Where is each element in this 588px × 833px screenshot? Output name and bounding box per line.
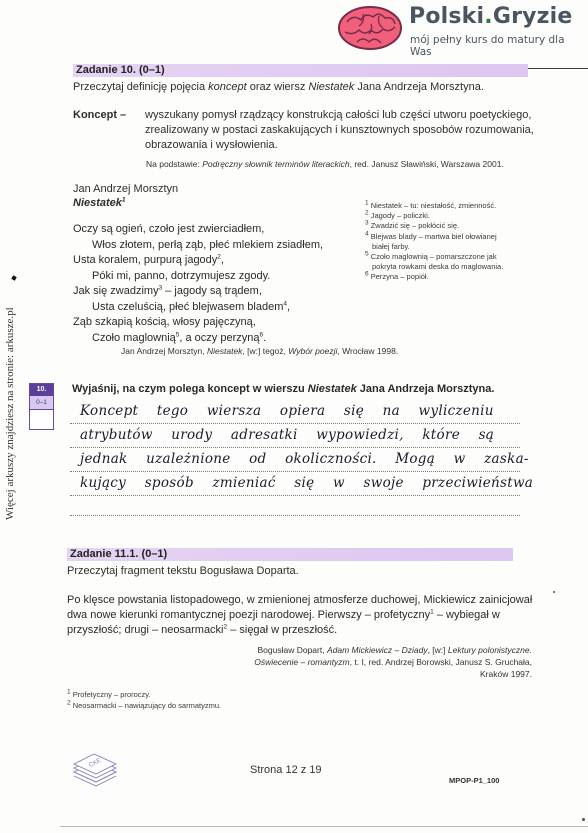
footnote: 3 Zwadzić się – pokłócić się. [365, 221, 505, 231]
answer-line: kujący sposób zmieniać się w swoje przec… [70, 472, 520, 496]
footnote: 1 Profetyczny – proroczy. [67, 689, 221, 700]
poem-line: Oczy są ogień, czoło jest zwierciadłem, [73, 222, 323, 238]
task-11-1-instruction: Przeczytaj fragment tekstu Bogusława Dop… [67, 564, 299, 578]
logo-title: Polski.Gryzie [409, 4, 573, 29]
page-edge [60, 826, 588, 827]
scan-speck [582, 818, 585, 821]
poem-footnotes: 1 Niestatek – tu: niestałość, zmienność.… [365, 201, 505, 283]
answer-line [70, 496, 520, 516]
score-range: 0–1 [30, 396, 53, 410]
task-11-1-header: Zadanie 11.1. (0–1) [67, 548, 513, 561]
definition-text: wyszukany pomysł rządzący konstrukcją ca… [145, 108, 543, 153]
brain-icon [335, 2, 405, 52]
poem-line: Ząb szkapią kością, włosy pajęczyną, [73, 315, 323, 331]
definition-source: Na podstawie: Podręczny słownik terminów… [146, 159, 504, 169]
page-number: Strona 12 z 19 [250, 764, 322, 776]
scan-speck [553, 591, 555, 593]
dopart-passage: Po klęsce powstania listopadowego, w zmi… [67, 593, 537, 638]
poem-line: Usta czeluścią, płeć blejwasem bladem4, [73, 300, 323, 316]
poem-author: Jan Andrzej Morsztyn [73, 182, 178, 196]
poem-line: Włos złotem, perłą ząb, płeć mlekiem zsi… [73, 238, 323, 254]
footnote: 4 Blejwas blady – martwa biel ołowianej … [365, 232, 505, 252]
poem-line: Jak się zwadzimy3 – jagody są trądem, [73, 284, 323, 300]
poem-title: Niestatek1 [73, 196, 126, 210]
footnote: 2 Jagody – policzki. [365, 211, 505, 221]
passage-footnotes: 1 Profetyczny – proroczy.2 Neosarmacki –… [67, 689, 221, 711]
task-10-instruction: Przeczytaj definicję pojęcia koncept ora… [73, 80, 484, 94]
footnote: 6 Perzyna – popiół. [365, 272, 505, 282]
handwritten-answer: Koncept tego wiersza opiera się na wylic… [70, 400, 520, 516]
passage-source: Bogusław Dopart, Adam Mickiewicz – Dziad… [220, 644, 532, 680]
poem-line: Usta koralem, purpurą jagody2, [73, 253, 323, 269]
definition: Koncept – wyszukany pomysł rządzący kons… [73, 108, 543, 153]
poem-line: Czoło maglownią5, a oczy perzyną6. [73, 331, 323, 347]
score-box: 10. 0–1 [29, 383, 54, 430]
exam-code: MPOP-P1_100 [449, 776, 499, 785]
task-10-header: Zadanie 10. (0–1) [73, 64, 528, 77]
poem-source: Jan Andrzej Morsztyn, Niestatek, [w:] te… [121, 346, 398, 356]
cke-stamp-icon: CKE [70, 752, 120, 788]
logo-subtitle: mój pełny kurs do matury dla Was [410, 34, 588, 58]
footnote: 5 Czoło maglownią – pomarszczone jak pok… [365, 252, 505, 272]
answer-line: jednak uzależnione od okoliczności. Mogą… [70, 448, 520, 472]
answer-line: Koncept tego wiersza opiera się na wylic… [70, 400, 520, 424]
side-note: Więcej arkuszy znajdziesz na stronie: ar… [4, 307, 16, 520]
score-task-number: 10. [30, 384, 53, 396]
scan-mark [11, 275, 16, 280]
poem-line: Póki mi, panno, dotrzymujesz zgody. [73, 269, 323, 285]
definition-term: Koncept – [73, 108, 145, 153]
poem-text: Oczy są ogień, czoło jest zwierciadłem,W… [73, 222, 323, 346]
answer-line: atrybutów urody adresatki wypowiedzi, kt… [70, 424, 520, 448]
footnote: 2 Neosarmacki – nawiązujący do sarmatyzm… [67, 700, 221, 711]
footnote: 1 Niestatek – tu: niestałość, zmienność. [365, 201, 505, 211]
task-10-question: Wyjaśnij, na czym polega koncept w wiers… [72, 383, 494, 395]
